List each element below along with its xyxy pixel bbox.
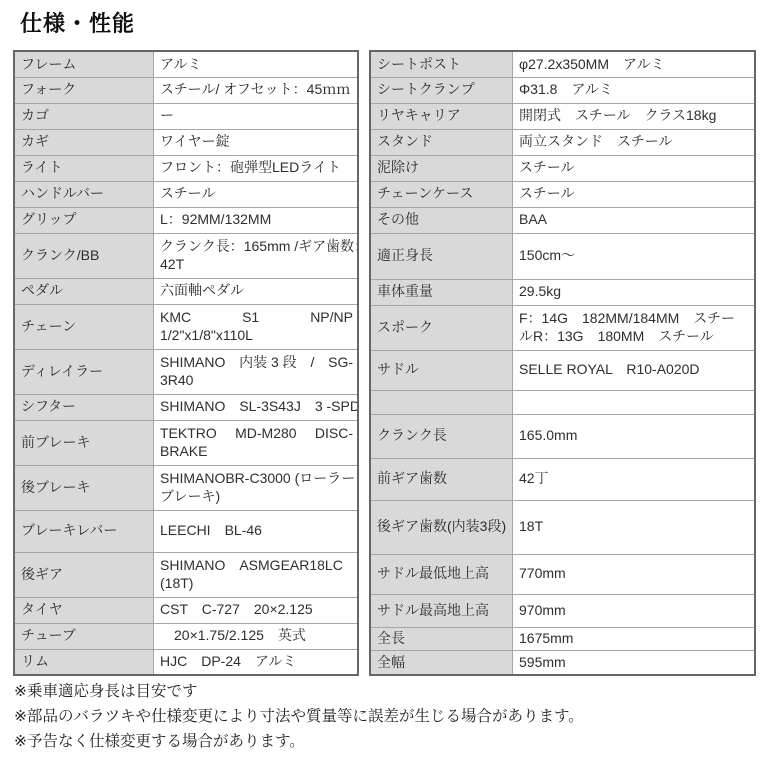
spec-value-line: 595mm xyxy=(519,654,750,671)
spec-value-line: 29.5kg xyxy=(519,283,750,300)
table-row: 全幅595mm xyxy=(370,650,755,675)
spec-value: 18T xyxy=(513,500,756,554)
spec-value: ー xyxy=(154,103,359,129)
spec-label: サドル最高地上高 xyxy=(370,594,513,627)
spec-label: グリップ xyxy=(14,207,154,233)
spec-value: 150cm～ xyxy=(513,233,756,279)
spec-value: KMCS1NP/NP1/2"x1/8"x110L xyxy=(154,304,359,349)
table-row: クランク/BBクランク長：165mm /ギア歯数：42T xyxy=(14,233,358,278)
spec-value: SHIMANO SL-3S43J 3 -SPD xyxy=(154,394,359,420)
table-row: サドルSELLE ROYAL R10-A020D xyxy=(370,350,755,390)
spec-value-segment: 内装 3 段 xyxy=(239,354,297,371)
spec-value-line: 18T xyxy=(519,518,750,535)
spec-value: 29.5kg xyxy=(513,279,756,305)
spec-label: カギ xyxy=(14,129,154,155)
table-row: チェーンケーススチール xyxy=(370,181,755,207)
spec-value: φ27.2x350MM アルミ xyxy=(513,51,756,77)
spec-label: チェーン xyxy=(14,304,154,349)
table-row: その他BAA xyxy=(370,207,755,233)
spec-value-line: スチール xyxy=(160,185,353,202)
spec-label: 後ギア xyxy=(14,552,154,597)
spec-label: ブレーキレバー xyxy=(14,510,154,552)
spec-value: 開閉式 スチール クラス18kg xyxy=(513,103,756,129)
spec-value: クランク長：165mm /ギア歯数：42T xyxy=(154,233,359,278)
spec-value: CST C-727 20×2.125 xyxy=(154,597,359,623)
spec-value-segment: S1 xyxy=(242,309,259,326)
spec-value-line: LEECHI BL-46 xyxy=(160,522,353,539)
spec-value-line: TEKTROMD-M280DISC- xyxy=(160,425,353,442)
spec-label: サドル最低地上高 xyxy=(370,554,513,594)
spec-label: シートポスト xyxy=(370,51,513,77)
spec-value: F：14G 182MM/184MM スチールR：13G 180MM スチール xyxy=(513,305,756,350)
spec-value-line: 970mm xyxy=(519,602,750,619)
spec-value-line: 165.0mm xyxy=(519,427,750,444)
spec-value-line: 42丁 xyxy=(519,470,750,487)
spec-value xyxy=(513,390,756,414)
table-row: シフターSHIMANO SL-3S43J 3 -SPD xyxy=(14,394,358,420)
table-row: チェーンKMCS1NP/NP1/2"x1/8"x110L xyxy=(14,304,358,349)
table-row: クランク長165.0mm xyxy=(370,414,755,458)
spec-value-line: アルミ xyxy=(160,56,353,73)
table-row: タイヤCST C-727 20×2.125 xyxy=(14,597,358,623)
spec-label: フォーク xyxy=(14,77,154,103)
table-row: 後ギアSHIMANO ASMGEAR18LC(18T) xyxy=(14,552,358,597)
spec-value: LEECHI BL-46 xyxy=(154,510,359,552)
spec-label: クランク/BB xyxy=(14,233,154,278)
spec-value: 595mm xyxy=(513,650,756,675)
spec-label: クランク長 xyxy=(370,414,513,458)
spec-value: 770mm xyxy=(513,554,756,594)
spec-value-segment: BR-C3000 (ローラー xyxy=(225,470,355,487)
spec-value: L：92MM/132MM xyxy=(154,207,359,233)
spec-label: その他 xyxy=(370,207,513,233)
spec-value-line: ワイヤー錠 xyxy=(160,133,353,150)
table-row: リムHJC DP-24 アルミ xyxy=(14,649,358,675)
spec-value: Φ31.8 アルミ xyxy=(513,77,756,103)
spec-value: アルミ xyxy=(154,51,359,77)
spec-value-line: L：92MM/132MM xyxy=(160,211,353,228)
spec-value: 六面軸ペダル xyxy=(154,278,359,304)
spec-value-line: スチール/ オフセット：45ｍｍ xyxy=(160,81,353,98)
spec-label: 全幅 xyxy=(370,650,513,675)
spec-value: スチール xyxy=(513,181,756,207)
spec-value-segment: TEKTRO xyxy=(160,425,217,442)
spec-value-segment: SG- xyxy=(328,354,353,371)
table-row: 後ギア歯数(内装3段)18T xyxy=(370,500,755,554)
table-row: スポークF：14G 182MM/184MM スチールR：13G 180MM スチ… xyxy=(370,305,755,350)
spec-label: スタンド xyxy=(370,129,513,155)
footnote-line: ※部品のバラツキや仕様変更により寸法や質量等に誤差が生じる場合があります。 xyxy=(14,704,584,729)
spec-label: 泥除け xyxy=(370,155,513,181)
spec-value-line: 3R40 xyxy=(160,372,353,389)
spec-label: スポーク xyxy=(370,305,513,350)
spec-value-line: SHIMANO ASMGEAR18LC xyxy=(160,557,353,574)
table-row: フォークスチール/ オフセット：45ｍｍ xyxy=(14,77,358,103)
spec-value-line: SHIMANOBR-C3000 (ローラー xyxy=(160,470,353,487)
spec-label: ハンドルバー xyxy=(14,181,154,207)
table-row: サドル最低地上高770mm xyxy=(370,554,755,594)
spec-value-line: 150cm～ xyxy=(519,247,750,264)
table-row: 前ブレーキTEKTROMD-M280DISC-BRAKE xyxy=(14,420,358,465)
table-row: 後ブレーキSHIMANOBR-C3000 (ローラーブレーキ) xyxy=(14,465,358,510)
table-row: ペダル六面軸ペダル xyxy=(14,278,358,304)
spec-value: BAA xyxy=(513,207,756,233)
spec-value-line: KMCS1NP/NP xyxy=(160,309,353,326)
spec-value-line: ブレーキ) xyxy=(160,488,353,505)
footnote-line: ※予告なく仕様変更する場合があります。 xyxy=(14,729,584,754)
table-row: グリップL：92MM/132MM xyxy=(14,207,358,233)
spec-value-line: F：14G 182MM/184MM スチー xyxy=(519,310,750,327)
spec-value-line: 六面軸ペダル xyxy=(160,282,353,299)
spec-value-line: SELLE ROYAL R10-A020D xyxy=(519,361,750,378)
spec-value-line: 1/2"x1/8"x110L xyxy=(160,327,353,344)
spec-label: リム xyxy=(14,649,154,675)
spec-value: HJC DP-24 アルミ xyxy=(154,649,359,675)
table-row: 泥除けスチール xyxy=(370,155,755,181)
spec-label: ディレイラー xyxy=(14,349,154,394)
spec-value-line: フロント：砲弾型LEDライト xyxy=(160,159,353,176)
spec-value: TEKTROMD-M280DISC-BRAKE xyxy=(154,420,359,465)
table-row: 全長1675mm xyxy=(370,627,755,650)
spec-value: SHIMANO ASMGEAR18LC(18T) xyxy=(154,552,359,597)
spec-value: ワイヤー錠 xyxy=(154,129,359,155)
page-title: 仕様・性能 xyxy=(20,7,135,38)
spec-value: 両立スタンド スチール xyxy=(513,129,756,155)
spec-label: 適正身長 xyxy=(370,233,513,279)
spec-value-segment: MD-M280 xyxy=(235,425,296,442)
table-row: サドル最高地上高970mm xyxy=(370,594,755,627)
spec-label: 車体重量 xyxy=(370,279,513,305)
spec-value-line: Φ31.8 アルミ xyxy=(519,81,750,98)
table-row: シートポストφ27.2x350MM アルミ xyxy=(370,51,755,77)
spec-value: 970mm xyxy=(513,594,756,627)
spec-label: フレーム xyxy=(14,51,154,77)
table-row: シートクランプΦ31.8 アルミ xyxy=(370,77,755,103)
spec-value: フロント：砲弾型LEDライト xyxy=(154,155,359,181)
spec-value: 1675mm xyxy=(513,627,756,650)
spec-value: SHIMANO内装 3 段/SG-3R40 xyxy=(154,349,359,394)
spec-label: シフター xyxy=(14,394,154,420)
spec-value: スチール xyxy=(154,181,359,207)
spec-value-line: スチール xyxy=(519,185,750,202)
spec-label: 後ブレーキ xyxy=(14,465,154,510)
spec-table-left: フレームアルミフォークスチール/ オフセット：45ｍｍカゴーカギワイヤー錠ライト… xyxy=(13,50,359,676)
spec-value-segment: / xyxy=(310,354,314,371)
spec-value: SELLE ROYAL R10-A020D xyxy=(513,350,756,390)
table-row: カギワイヤー錠 xyxy=(14,129,358,155)
spec-value-line: 42T xyxy=(160,256,353,273)
table-row: チューブ 20×1.75/2.125 英式 xyxy=(14,623,358,649)
spec-value: 165.0mm xyxy=(513,414,756,458)
table-row: ディレイラーSHIMANO内装 3 段/SG-3R40 xyxy=(14,349,358,394)
table-row: 前ギア歯数42丁 xyxy=(370,458,755,500)
spec-label: 後ギア歯数(内装3段) xyxy=(370,500,513,554)
spec-value-segment: NP/NP xyxy=(310,309,353,326)
spec-label: カゴ xyxy=(14,103,154,129)
spec-value-line: BRAKE xyxy=(160,443,353,460)
spec-label: シートクランプ xyxy=(370,77,513,103)
spec-value-segment: SHIMANO xyxy=(160,354,225,371)
spec-label: ライト xyxy=(14,155,154,181)
spec-value-segment: DISC- xyxy=(315,425,353,442)
spec-value-line: HJC DP-24 アルミ xyxy=(160,653,353,670)
table-row: ハンドルバースチール xyxy=(14,181,358,207)
spec-value-line: SHIMANO SL-3S43J 3 -SPD xyxy=(160,398,353,415)
table-row: ライトフロント：砲弾型LEDライト xyxy=(14,155,358,181)
table-row: ブレーキレバーLEECHI BL-46 xyxy=(14,510,358,552)
table-row: 適正身長150cm～ xyxy=(370,233,755,279)
spec-value-segment: SHIMANO xyxy=(160,470,225,487)
table-row: カゴー xyxy=(14,103,358,129)
footnote-line: ※乗車適応身長は目安です xyxy=(14,679,584,704)
spec-value-line: CST C-727 20×2.125 xyxy=(160,601,353,618)
spec-label: タイヤ xyxy=(14,597,154,623)
spec-label: チューブ xyxy=(14,623,154,649)
table-row: 車体重量29.5kg xyxy=(370,279,755,305)
spec-value-line: 1675mm xyxy=(519,630,750,647)
spec-value-line: 20×1.75/2.125 英式 xyxy=(160,627,353,644)
spec-value: 20×1.75/2.125 英式 xyxy=(154,623,359,649)
footnotes: ※乗車適応身長は目安です※部品のバラツキや仕様変更により寸法や質量等に誤差が生じ… xyxy=(14,679,584,754)
spec-label: リヤキャリア xyxy=(370,103,513,129)
table-row: スタンド両立スタンド スチール xyxy=(370,129,755,155)
spec-value: スチール/ オフセット：45ｍｍ xyxy=(154,77,359,103)
spec-value-line: φ27.2x350MM アルミ xyxy=(519,56,750,73)
spec-value-line: スチール xyxy=(519,159,750,176)
spec-value: 42丁 xyxy=(513,458,756,500)
spec-value-line: 770mm xyxy=(519,565,750,582)
spec-label: 前ブレーキ xyxy=(14,420,154,465)
spec-value-line: (18T) xyxy=(160,575,353,592)
spec-page: 仕様・性能 フレームアルミフォークスチール/ オフセット：45ｍｍカゴーカギワイ… xyxy=(0,0,768,768)
spec-label: チェーンケース xyxy=(370,181,513,207)
spec-value-line: BAA xyxy=(519,211,750,228)
spec-label xyxy=(370,390,513,414)
spec-value-line: クランク長：165mm /ギア歯数： xyxy=(160,238,353,255)
spec-label: ペダル xyxy=(14,278,154,304)
spec-label: 前ギア歯数 xyxy=(370,458,513,500)
spec-label: 全長 xyxy=(370,627,513,650)
spec-value: スチール xyxy=(513,155,756,181)
spec-value-line: SHIMANO内装 3 段/SG- xyxy=(160,354,353,371)
spec-label: サドル xyxy=(370,350,513,390)
spec-value-line: 開閉式 スチール クラス18kg xyxy=(519,107,750,124)
table-row xyxy=(370,390,755,414)
spec-value: SHIMANOBR-C3000 (ローラーブレーキ) xyxy=(154,465,359,510)
table-row: フレームアルミ xyxy=(14,51,358,77)
table-row: リヤキャリア開閉式 スチール クラス18kg xyxy=(370,103,755,129)
spec-table-right: シートポストφ27.2x350MM アルミシートクランプΦ31.8 アルミリヤキ… xyxy=(369,50,756,676)
spec-value-line: ー xyxy=(160,107,353,124)
spec-value-line: 両立スタンド スチール xyxy=(519,133,750,150)
spec-value-segment: KMC xyxy=(160,309,191,326)
spec-value-line: ルR：13G 180MM スチール xyxy=(519,328,750,345)
